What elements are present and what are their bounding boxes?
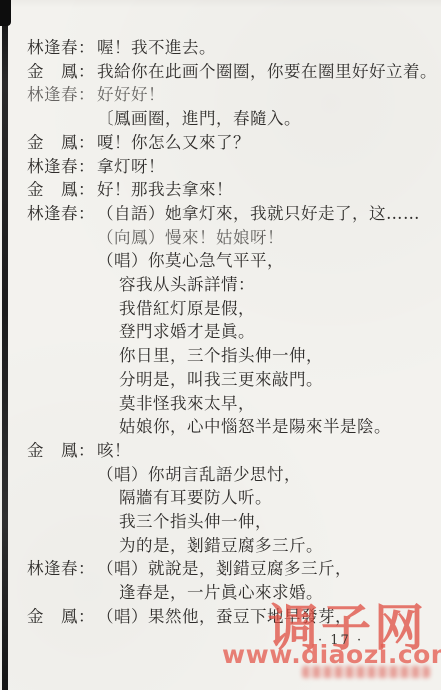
speaker-name: 金 鳳： [27,131,97,155]
speaker-name: 林逢春： [27,83,97,107]
script-line: 我借紅灯原是假， [27,297,435,321]
script-line: 〔鳳画圈，進門，春隨入。 [27,107,435,131]
speaker-name: 金 鳳： [27,60,97,84]
script-line: 我三个指头伸一伸， [27,510,435,534]
speaker-name: 林逢春： [27,155,97,179]
speaker-name [27,392,119,416]
script-line: 林逢春：（自語）她拿灯來，我就只好走了，这…… [27,202,435,226]
dialogue-text: 咳！ [97,439,435,463]
dialogue-text: 〔鳳画圈，進門，春隨入。 [97,107,435,131]
script-line: 林逢春：喔！我不進去。 [27,36,435,60]
script-line: 林逢春：（唱）就說是，剗錯豆腐多三斤， [27,557,435,581]
dialogue-text: （自語）她拿灯來，我就只好走了，这…… [97,202,435,226]
speaker-name [27,368,119,392]
script-line: （唱）你莫心急气平平， [27,249,435,273]
dialogue-text: 嗄！你怎么又來了？ [97,131,435,155]
script-line: 姑娘你，心中惱怒半是陽來半是陰。 [27,415,435,439]
script-line: 容我从头訴詳情： [27,273,435,297]
speaker-name [27,226,97,250]
script-line: 林逢春：好好好！ [27,83,435,107]
scan-corner-artifact [0,0,11,26]
speaker-name [27,510,119,534]
script-line: 分明是，叫我三更來敲門。 [27,368,435,392]
scanned-script-page: 林逢春：喔！我不進去。金 鳳：我給你在此画个圈圈，你要在圈里好好立着。林逢春：好… [0,0,441,690]
speaker-name [27,534,119,558]
speaker-name [27,107,97,131]
dialogue-text: （唱）你胡言乱語少思忖， [97,463,435,487]
scan-edge-line [2,0,8,690]
speaker-name [27,320,119,344]
dialogue-text: 好好好！ [97,83,435,107]
script-line: 登門求婚才是眞。 [27,320,435,344]
script-line: （唱）你胡言乱語少思忖， [27,463,435,487]
dialogue-text: （唱）你莫心急气平平， [97,249,435,273]
speaker-name: 金 鳳： [27,605,97,629]
speaker-name [27,273,119,297]
dialogue-text: 我三个指头伸一伸， [119,510,435,534]
script-lines: 林逢春：喔！我不進去。金 鳳：我給你在此画个圈圈，你要在圈里好好立着。林逢春：好… [27,36,435,629]
dialogue-text: （唱）就說是，剗錯豆腐多三斤， [97,557,435,581]
dialogue-text: 我給你在此画个圈圈，你要在圈里好好立着。 [97,60,437,84]
dialogue-text: 莫非怪我來太早， [119,392,435,416]
dialogue-text: 你日里，三个指头伸一伸， [119,344,435,368]
script-line: 金 鳳：我給你在此画个圈圈，你要在圈里好好立着。 [27,60,435,84]
script-line: 为的是，剗錯豆腐多三斤。 [27,534,435,558]
dialogue-text: 容我从头訴詳情： [119,273,435,297]
speaker-name [27,581,119,605]
dialogue-text: （向鳳）慢來！姑娘呀！ [97,226,435,250]
speaker-name [27,297,119,321]
dialogue-text: 分明是，叫我三更來敲門。 [119,368,435,392]
speaker-name [27,415,119,439]
script-line: 你日里，三个指头伸一伸， [27,344,435,368]
speaker-name [27,486,119,510]
dialogue-text: 为的是，剗錯豆腐多三斤。 [119,534,435,558]
speaker-name: 林逢春： [27,202,97,226]
script-line: （向鳳）慢來！姑娘呀！ [27,226,435,250]
dialogue-text: 喔！我不進去。 [97,36,435,60]
speaker-name [27,249,97,273]
script-line: 金 鳳：咳！ [27,439,435,463]
dialogue-text: 我借紅灯原是假， [119,297,435,321]
speaker-name [27,463,97,487]
speaker-name: 金 鳳： [27,178,97,202]
speaker-name: 林逢春： [27,36,97,60]
speaker-name [27,344,119,368]
page-number: · 17 · [318,633,363,648]
dialogue-text: 姑娘你，心中惱怒半是陽來半是陰。 [119,415,435,439]
script-line: 莫非怪我來太早， [27,392,435,416]
dialogue-text: 好！那我去拿來！ [97,178,435,202]
script-line: 金 鳳：好！那我去拿來！ [27,178,435,202]
dialogue-text: 登門求婚才是眞。 [119,320,435,344]
dialogue-text: 隔牆有耳要防人听。 [119,486,435,510]
speaker-name: 林逢春： [27,557,97,581]
dialogue-text: 拿灯呀！ [97,155,435,179]
script-line: 隔牆有耳要防人听。 [27,486,435,510]
script-line: 林逢春：拿灯呀！ [27,155,435,179]
speaker-name: 金 鳳： [27,439,97,463]
script-line: 金 鳳：嗄！你怎么又來了？ [27,131,435,155]
